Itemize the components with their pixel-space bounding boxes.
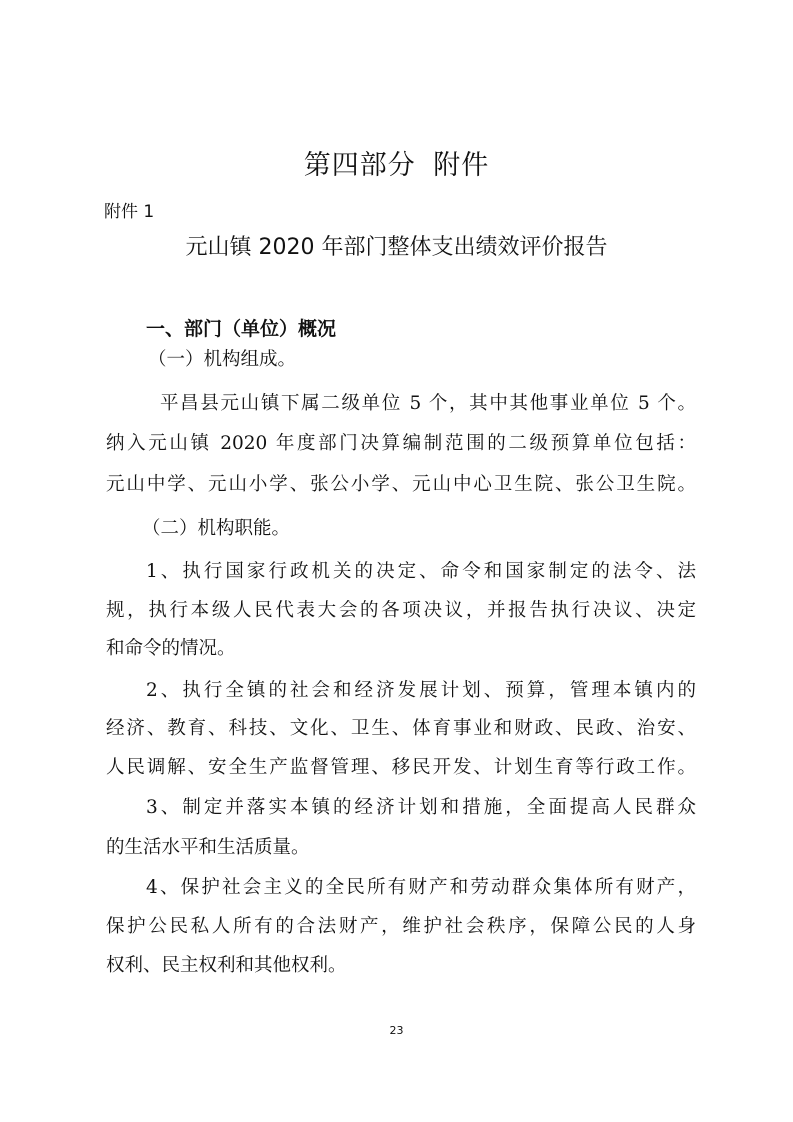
part-title: 第四部分 附件 — [0, 143, 793, 182]
paragraph-line: 规，执行本级人民代表大会的各项决议，并报告执行决议、决定 — [106, 596, 696, 622]
page-number: 23 — [0, 1024, 793, 1037]
section-heading-overview: 一、部门（单位）概况 — [146, 314, 336, 341]
paragraph-line: 3、制定并落实本镇的经济计划和措施，全面提高人民群众 — [146, 793, 696, 819]
paragraph-line: 权利、民主权利和其他权利。 — [106, 951, 696, 977]
paragraph-line: 1、执行国家行政机关的决定、命令和国家制定的法令、法 — [146, 557, 696, 583]
paragraph-line: 元山中学、元山小学、张公小学、元山中心卫生院、张公卫生院。 — [106, 470, 696, 496]
paragraph-line: 经济、教育、科技、文化、卫生、体育事业和财政、民政、治安、 — [106, 714, 696, 740]
paragraph-line: 2、执行全镇的社会和经济发展计划、预算，管理本镇内的 — [146, 676, 696, 702]
paragraph-line: 和命令的情况。 — [106, 634, 696, 660]
paragraph-line: 纳入元山镇 2020 年度部门决算编制范围的二级预算单位包括： — [106, 429, 696, 455]
paragraph-line: 平昌县元山镇下属二级单位 5 个，其中其他事业单位 5 个。 — [160, 389, 696, 415]
report-title: 元山镇 2020 年部门整体支出绩效评价报告 — [0, 230, 793, 261]
paragraph-line: 4、保护社会主义的全民所有财产和劳动群众集体所有财产， — [146, 873, 696, 899]
attachment-label: 附件 1 — [104, 197, 154, 222]
paragraph-line: 保护公民私人所有的合法财产，维护社会秩序，保障公民的人身 — [106, 912, 696, 938]
subsection-heading-organization: （一）机构组成。 — [148, 345, 296, 371]
paragraph-line: 人民调解、安全生产监督管理、移民开发、计划生育等行政工作。 — [106, 753, 696, 779]
paragraph-line: 的生活水平和生活质量。 — [106, 833, 696, 859]
subsection-heading-functions: （二）机构职能。 — [142, 514, 290, 540]
